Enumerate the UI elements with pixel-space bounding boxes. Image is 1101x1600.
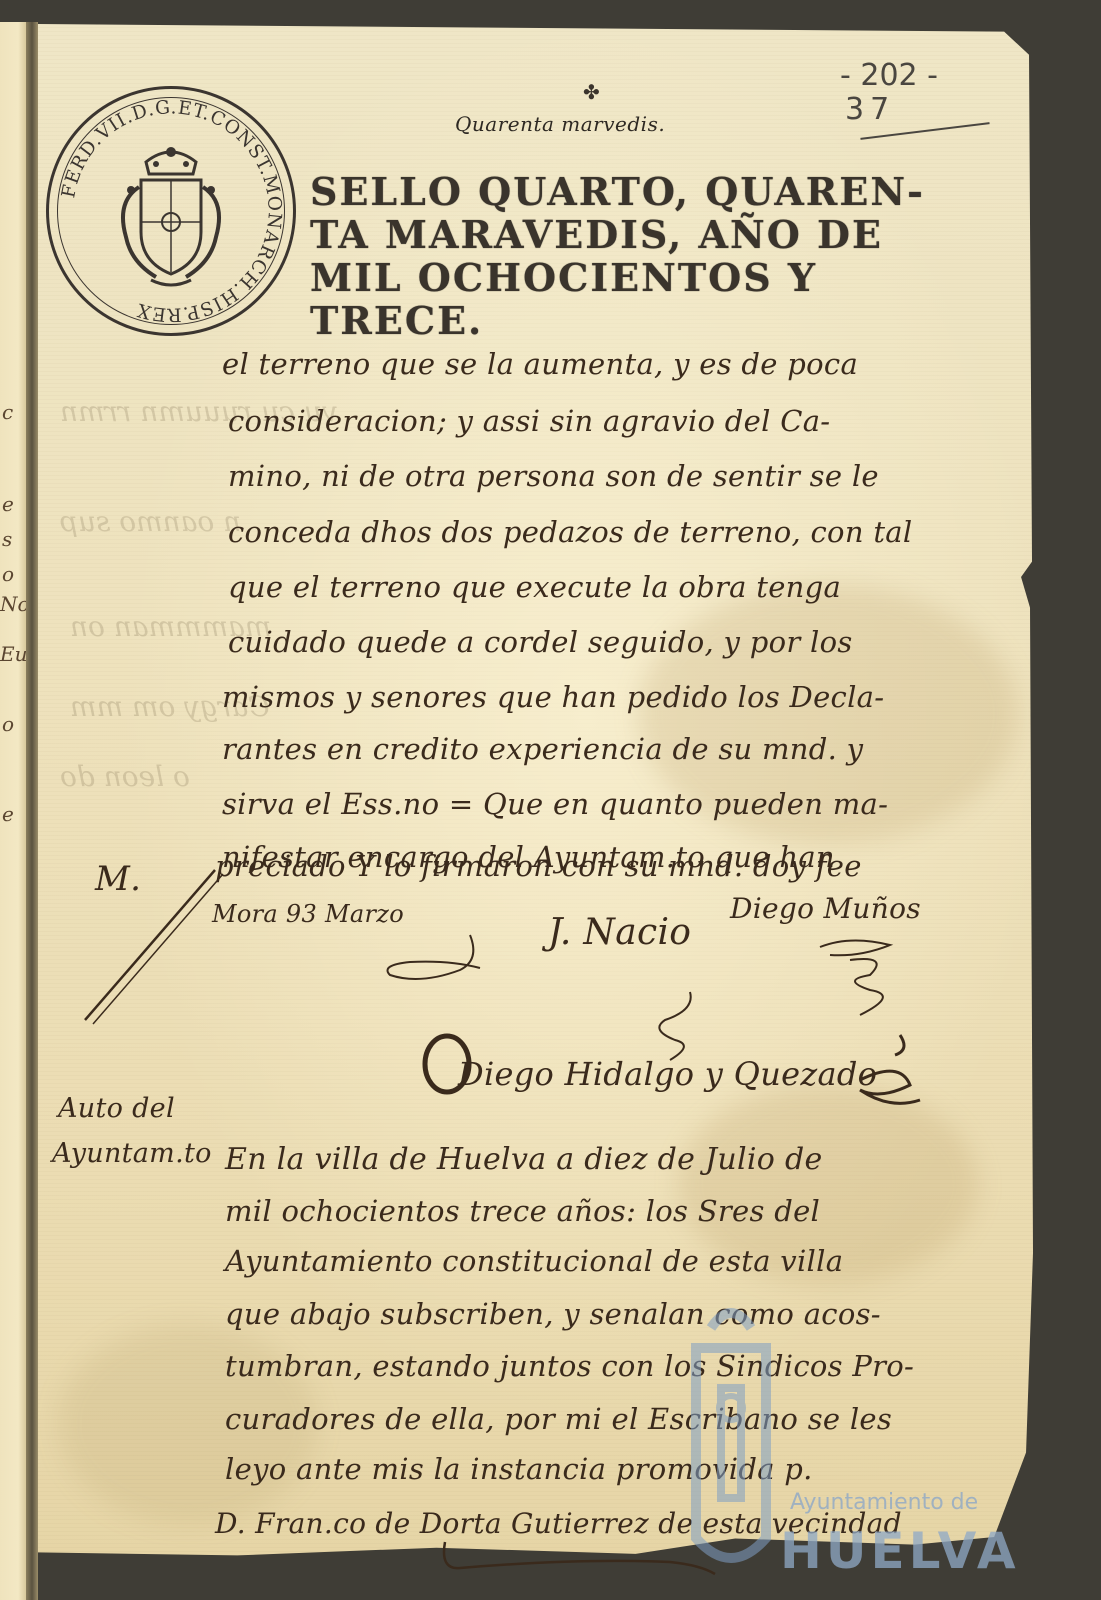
signature-date: Mora 93 Marzo [212, 902, 404, 926]
margin-note-line: Ayuntam.to [52, 1140, 212, 1167]
svg-text:FERD.VII.D.G.ET.CONST.MONARCH.: FERD.VII.D.G.ET.CONST.MONARCH.HISP.REX [58, 97, 285, 325]
stamp-tax-line: Quarenta marvedis. [455, 112, 665, 136]
left-page-fragment: e [2, 492, 14, 516]
stamp-heading-line: TRECE. [310, 299, 930, 342]
left-page-fragment: c [2, 400, 13, 424]
left-page-fragment: Eu [0, 642, 27, 666]
adjacent-page-edge: c e s o No Eu o e [0, 22, 26, 1600]
left-page-fragment: e [2, 802, 14, 826]
body-line: preciado Y lo firmaron con su mnd. doy f… [215, 852, 862, 881]
stamp-ornament: ✤ [583, 80, 600, 104]
coat-of-arms-icon [111, 142, 231, 292]
act-line: En la villa de Huelva a diez de Julio de [225, 1145, 823, 1175]
signature-first: J. Nacio [548, 915, 691, 951]
body-line: mismos y senores que han pedido los Decl… [222, 683, 884, 712]
stamp-heading-line: TA MARAVEDIS, AÑO DE [310, 213, 930, 256]
left-page-fragment: o [2, 712, 14, 736]
left-page-fragment: o [2, 562, 14, 586]
body-line: consideracion; y assi sin agravio del Ca… [228, 407, 830, 436]
stamp-heading-line: MIL OCHOCIENTOS Y [310, 256, 930, 299]
body-line: mino, ni de otra persona son de sentir s… [228, 462, 879, 491]
signature-second: Diego Muños [730, 895, 921, 923]
act-line: Ayuntamiento constitucional de esta vill… [225, 1247, 843, 1276]
bleed-through-text: n oanmo sup [60, 505, 241, 538]
margin-flourish [55, 860, 235, 1040]
notary-signature: Diego Hidalgo y Quezado [458, 1058, 877, 1090]
margin-note-line: Auto del [58, 1095, 175, 1122]
royal-seal: FERD.VII.D.G.ET.CONST.MONARCH.HISP.REX [46, 86, 296, 336]
notary-rubric [840, 1030, 930, 1140]
body-line: sirva el Ess.no = Que en quanto pueden m… [222, 790, 888, 819]
archive-folio-subnumber: 37 [845, 92, 895, 127]
act-line: mil ochocientos trece años: los Sres del [225, 1197, 820, 1226]
signature-rubric [810, 935, 930, 1025]
seal-legend-ring: FERD.VII.D.G.ET.CONST.MONARCH.HISP.REX [49, 89, 293, 333]
body-line: cuidado quede a cordel seguido, y por lo… [228, 628, 853, 657]
binding-gutter [26, 22, 38, 1600]
body-line: que el terreno que execute la obra tenga [228, 573, 841, 602]
stamp-heading-line: SELLO QUARTO, QUAREN- [310, 170, 930, 213]
watermark-title: HUELVA [780, 1522, 1020, 1580]
body-line: rantes en credito experiencia de su mnd.… [222, 735, 863, 764]
archive-folio-number: - 202 - [840, 58, 938, 93]
body-line: conceda dhos dos pedazos de terreno, con… [228, 518, 912, 547]
left-page-fragment: s [2, 527, 12, 551]
bleed-through-text: o leon do [60, 760, 190, 793]
signature-rubric [380, 930, 500, 990]
stamp-heading: SELLO QUARTO, QUAREN- TA MARAVEDIS, AÑO … [310, 170, 930, 342]
body-line: el terreno que se la aumenta, y es de po… [222, 350, 858, 379]
watermark-text: Ayuntamiento de [790, 1490, 978, 1515]
